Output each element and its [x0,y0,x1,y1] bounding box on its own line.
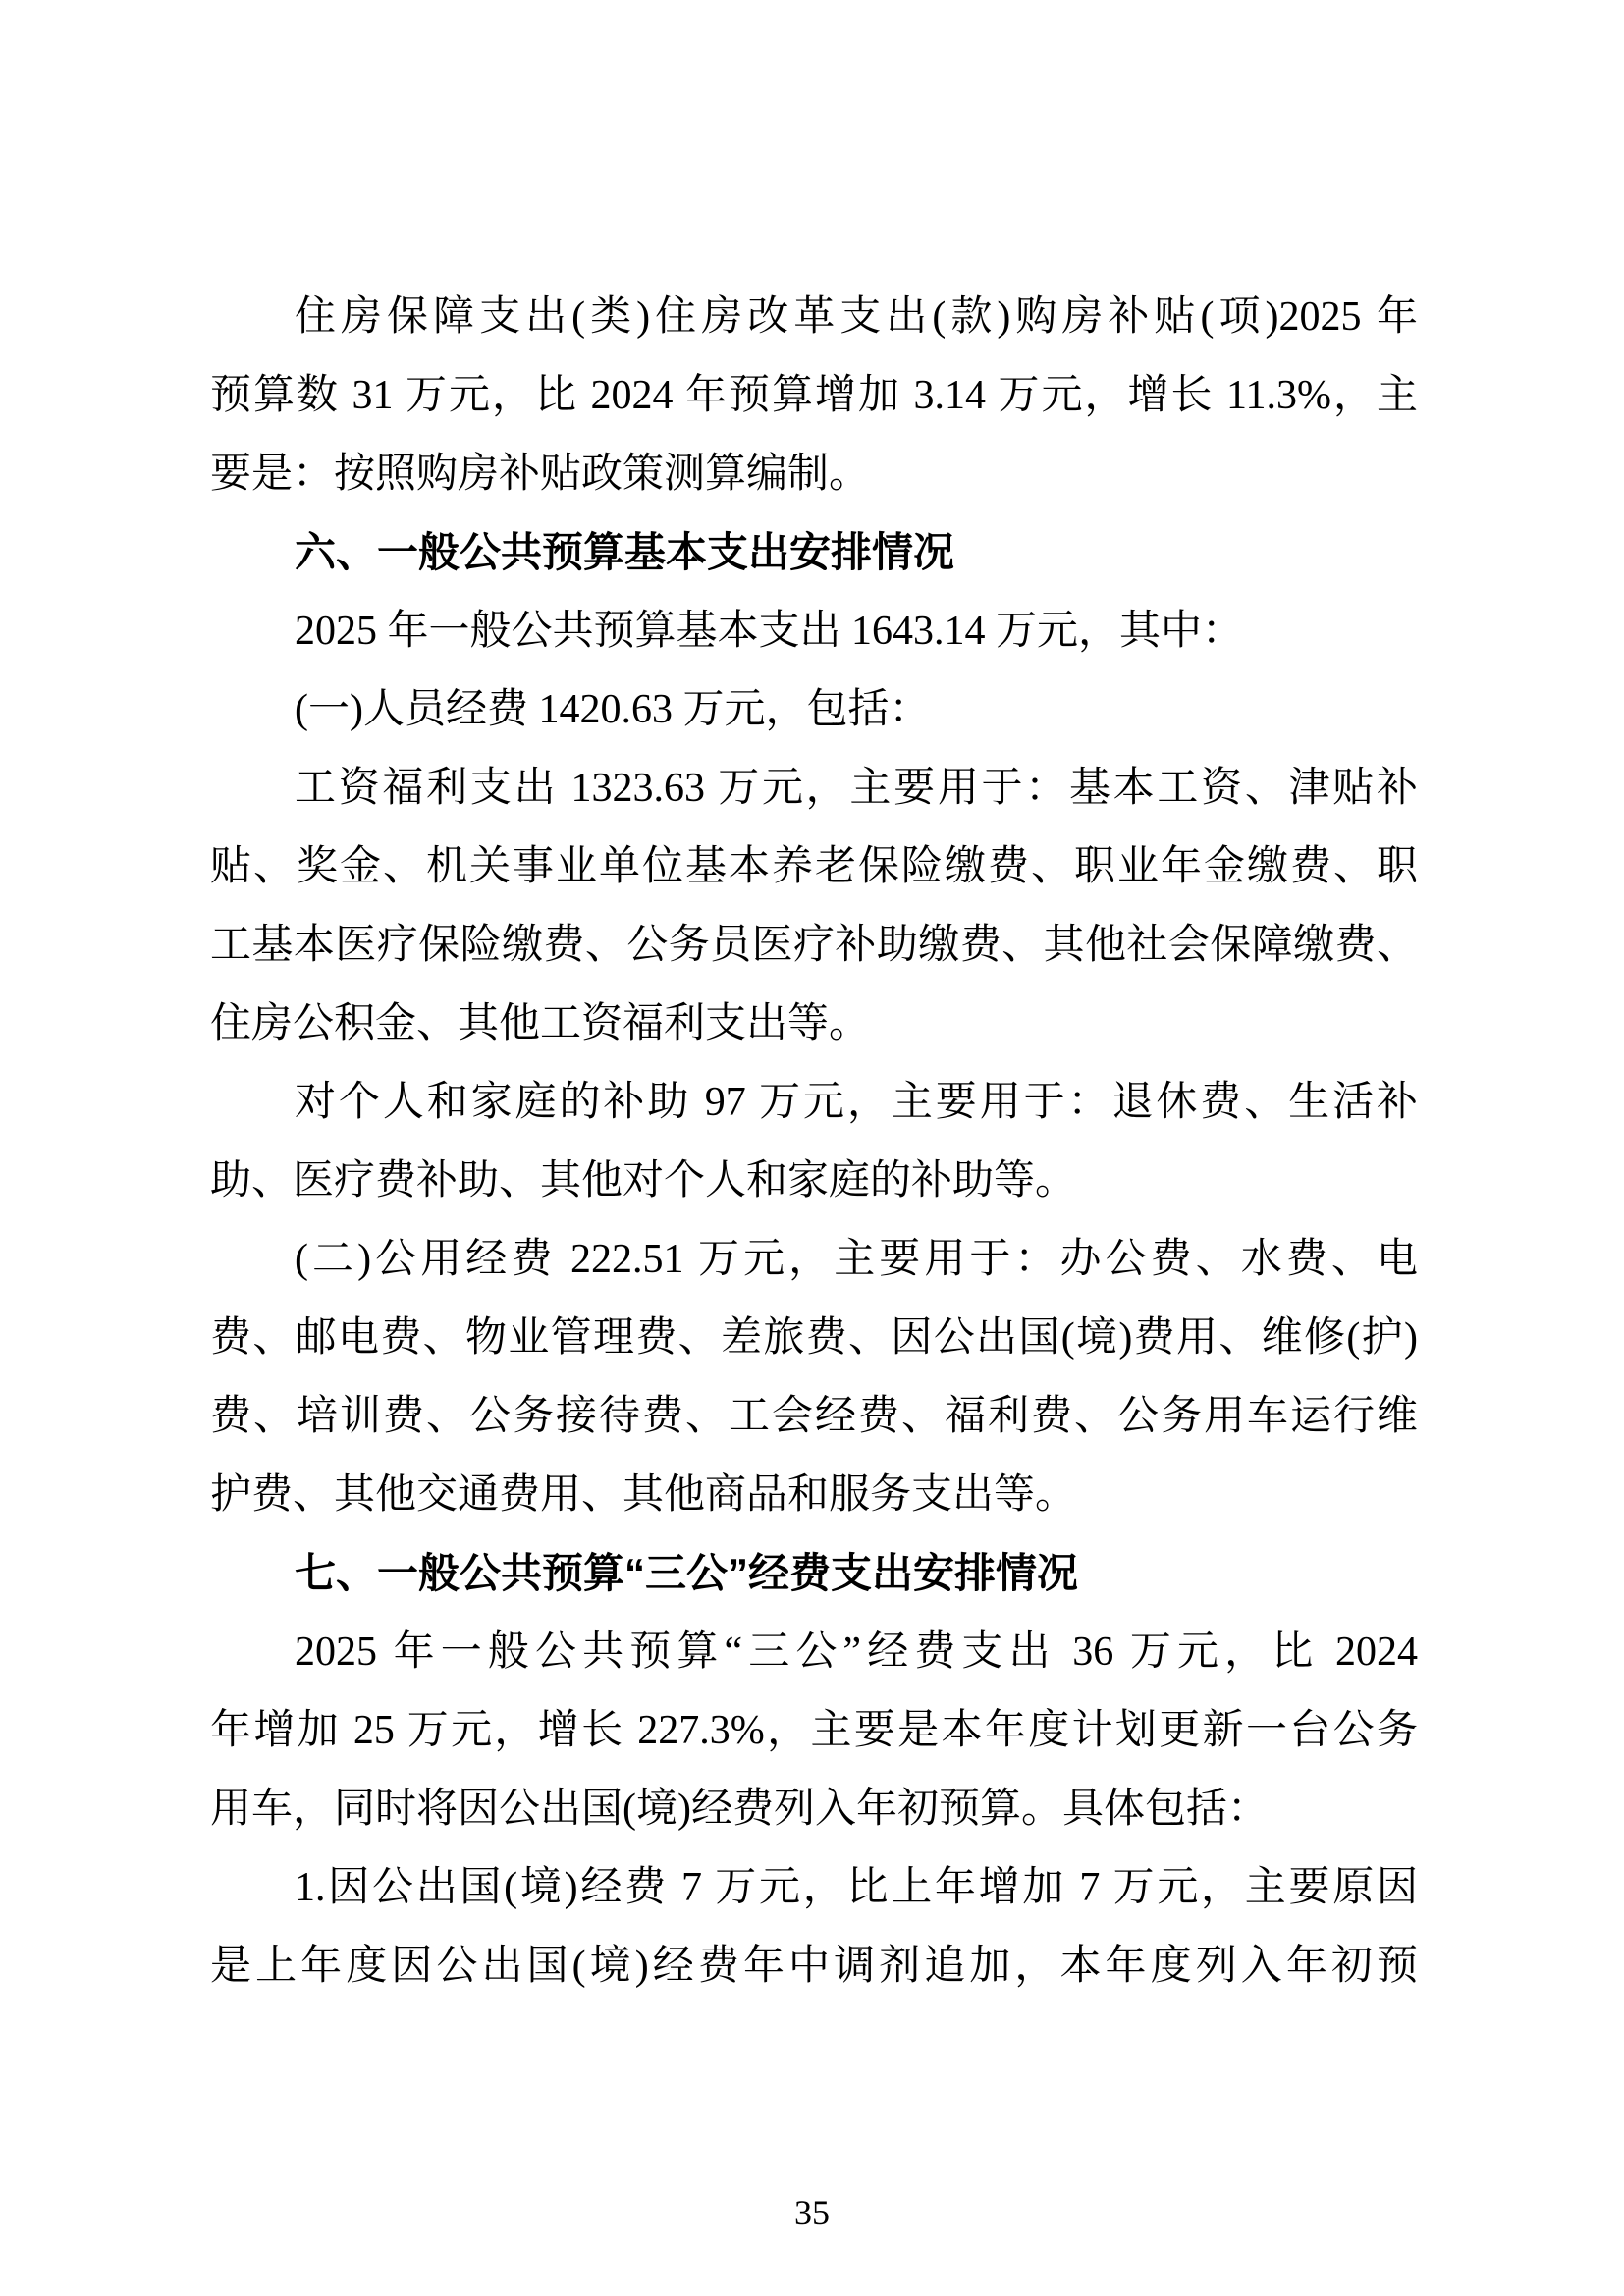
paragraph-line: 助、医疗费补助、其他对个人和家庭的补助等。 [210,1142,1418,1220]
paragraph-line: (二)公用经费 222.51 万元，主要用于：办公费、水费、电 [210,1220,1418,1299]
paragraph-line: 2025 年一般公共预算“三公”经费支出 36 万元，比 2024 [210,1613,1418,1691]
section-heading-line: 七、一般公共预算“三公”经费支出安排情况 [210,1534,1418,1613]
paragraph-line: 工资福利支出 1323.63 万元，主要用于：基本工资、津贴补 [210,749,1418,828]
paragraph-line: 工基本医疗保险缴费、公务员医疗补助缴费、其他社会保障缴费、 [210,906,1418,985]
paragraph-line: 年增加 25 万元，增长 227.3%，主要是本年度计划更新一台公务 [210,1691,1418,1770]
paragraph-line: 用车，同时将因公出国(境)经费列入年初预算。具体包括： [210,1770,1418,1848]
paragraph-line: 1.因公出国(境)经费 7 万元，比上年增加 7 万元，主要原因 [210,1848,1418,1927]
paragraph-line: 对个人和家庭的补助 97 万元，主要用于：退休费、生活补 [210,1063,1418,1142]
paragraph-line: (一)人员经费 1420.63 万元，包括： [210,670,1418,749]
paragraph-line: 贴、奖金、机关事业单位基本养老保险缴费、职业年金缴费、职 [210,828,1418,906]
section-heading-7: 七、一般公共预算“三公”经费支出安排情况 [210,1534,1418,1613]
page-number: 35 [794,2193,830,2232]
paragraph: (二)公用经费 222.51 万元，主要用于：办公费、水费、电 费、邮电费、物业… [210,1220,1418,1534]
paragraph: 2025 年一般公共预算“三公”经费支出 36 万元，比 2024 年增加 25… [210,1613,1418,1848]
paragraph: 2025 年一般公共预算基本支出 1643.14 万元，其中： [210,592,1418,670]
paragraph: 对个人和家庭的补助 97 万元，主要用于：退休费、生活补 助、医疗费补助、其他对… [210,1063,1418,1220]
paragraph-line: 护费、其他交通费用、其他商品和服务支出等。 [210,1456,1418,1534]
page-footer: 35 [0,2193,1624,2232]
paragraph-line: 费、培训费、公务接待费、工会经费、福利费、公务用车运行维 [210,1377,1418,1456]
section-heading-6: 六、一般公共预算基本支出安排情况 [210,513,1418,592]
paragraph: (一)人员经费 1420.63 万元，包括： [210,670,1418,749]
paragraph-line: 是上年度因公出国(境)经费年中调剂追加，本年度列入年初预 [210,1927,1418,2005]
paragraph-line: 2025 年一般公共预算基本支出 1643.14 万元，其中： [210,592,1418,670]
paragraph: 1.因公出国(境)经费 7 万元，比上年增加 7 万元，主要原因 是上年度因公出… [210,1848,1418,2005]
paragraph: 工资福利支出 1323.63 万元，主要用于：基本工资、津贴补 贴、奖金、机关事… [210,749,1418,1063]
document-body: 住房保障支出(类)住房改革支出(款)购房补贴(项)2025 年 预算数 31 万… [210,278,1418,2005]
document-page: 住房保障支出(类)住房改革支出(款)购房补贴(项)2025 年 预算数 31 万… [0,0,1624,2296]
section-heading-line: 六、一般公共预算基本支出安排情况 [210,513,1418,592]
paragraph-line: 预算数 31 万元，比 2024 年预算增加 3.14 万元，增长 11.3%，… [210,356,1418,435]
paragraph-line: 住房公积金、其他工资福利支出等。 [210,985,1418,1063]
paragraph: 住房保障支出(类)住房改革支出(款)购房补贴(项)2025 年 预算数 31 万… [210,278,1418,513]
paragraph-line: 住房保障支出(类)住房改革支出(款)购房补贴(项)2025 年 [210,278,1418,356]
paragraph-line: 费、邮电费、物业管理费、差旅费、因公出国(境)费用、维修(护) [210,1299,1418,1377]
paragraph-line: 要是：按照购房补贴政策测算编制。 [210,435,1418,513]
